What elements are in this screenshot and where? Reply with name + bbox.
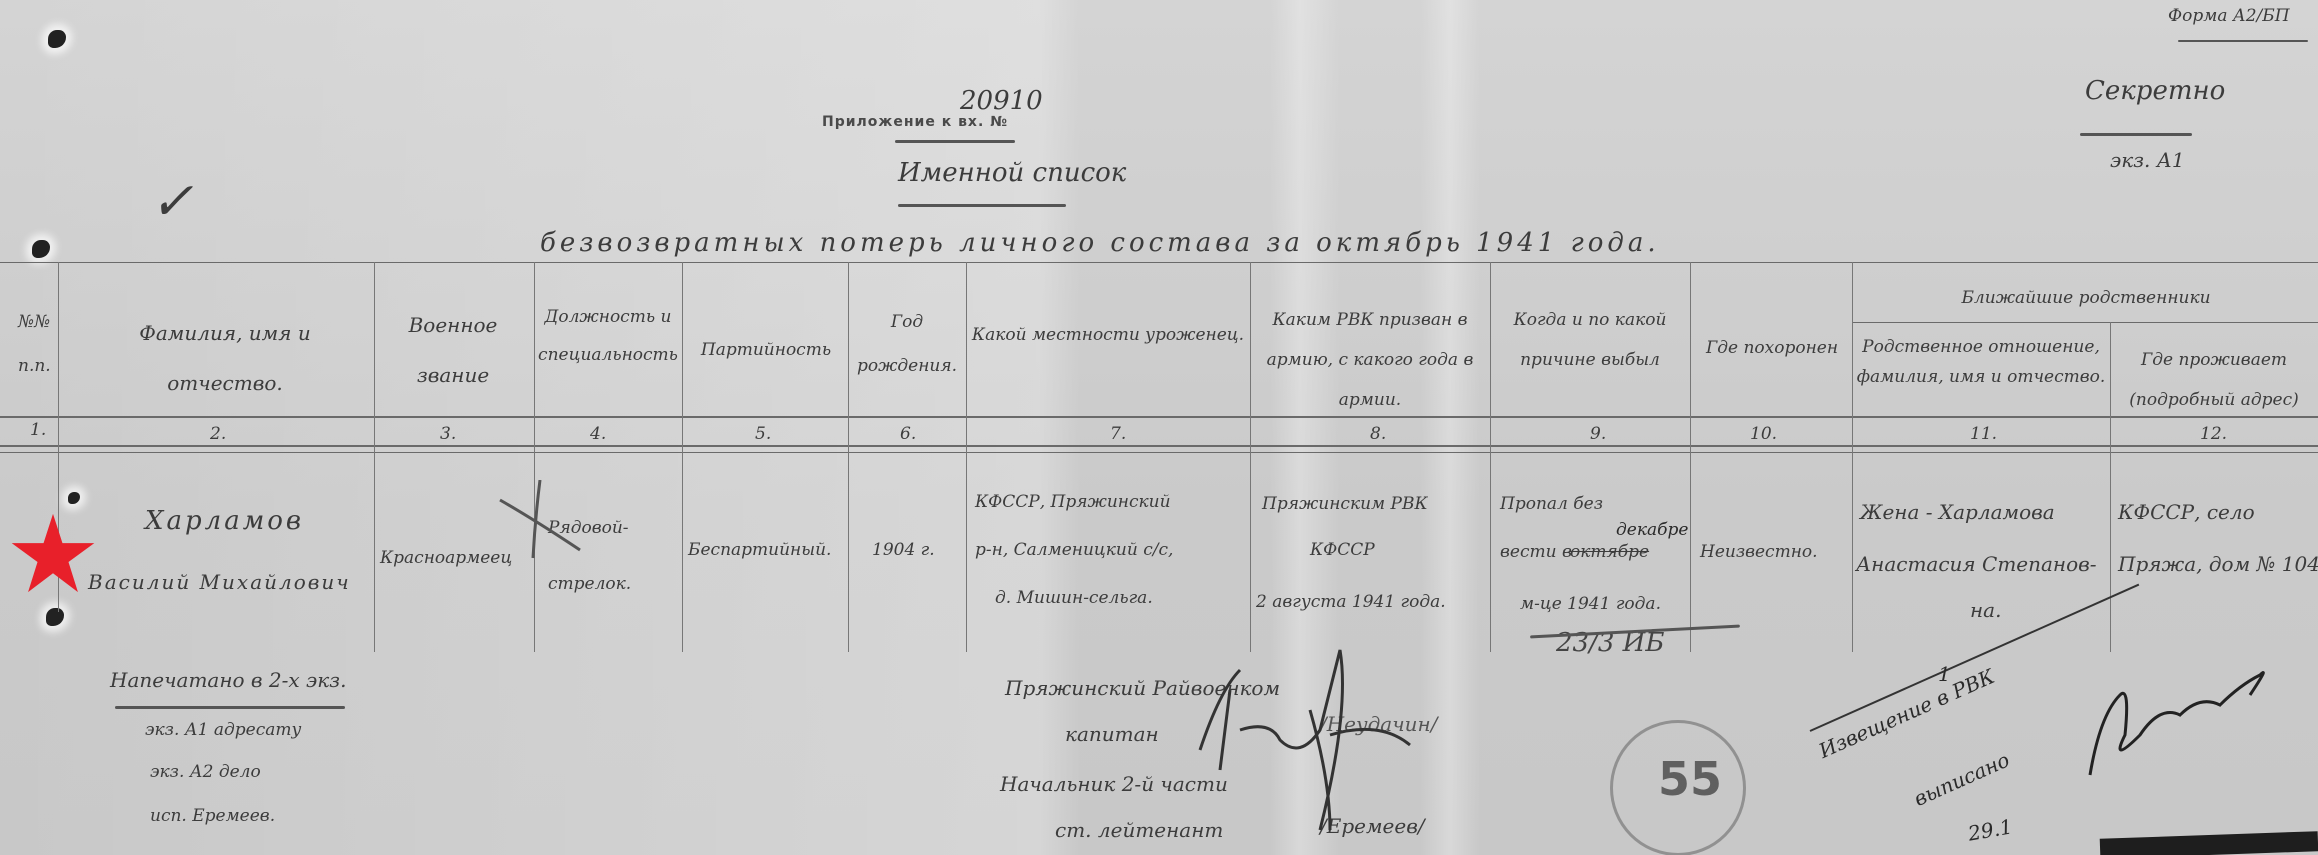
number-row-line xyxy=(0,445,2318,447)
side-mark: 1 xyxy=(1938,662,1951,686)
secret-label: Секретно xyxy=(2085,76,2225,106)
cell-address-line1: КФССР, село xyxy=(2118,500,2255,524)
cell-surname: Харламов xyxy=(145,506,304,536)
cell-relative-line2: Анастасия Степанов- xyxy=(1856,552,2097,576)
form-label-underline xyxy=(2178,40,2308,42)
secret-underline xyxy=(2080,133,2192,136)
col-header-9: Когда и по какой причине выбыл xyxy=(1494,300,1686,380)
number-row-line-2 xyxy=(0,452,2318,453)
col-header-8: Каким РВК призван в армию, с какого года… xyxy=(1254,300,1486,420)
col-header-10: Где похоронен xyxy=(1694,320,1850,376)
signature-scribble-icon xyxy=(2080,655,2280,785)
column-divider xyxy=(1490,262,1491,652)
form-label: Форма А2/БП xyxy=(2168,6,2290,26)
cross-mark-icon xyxy=(495,480,585,560)
column-divider xyxy=(2110,322,2111,652)
cell-birth-year: 1904 г. xyxy=(872,540,935,560)
document-subtitle: безвозвратных потерь личного состава за … xyxy=(540,228,1660,258)
cell-birthplace-line1: КФССР, Пряжинский xyxy=(975,492,1171,512)
cell-rvk-line3: 2 августа 1941 года. xyxy=(1256,592,1446,612)
red-star-icon xyxy=(10,512,96,594)
col-num-9: 9. xyxy=(1590,424,1606,444)
col-num-10: 10. xyxy=(1750,424,1777,444)
col-num-12: 12. xyxy=(2200,424,2227,444)
column-divider xyxy=(1690,262,1691,652)
header-bottom-line xyxy=(0,416,2318,418)
signature-scribble-icon xyxy=(1180,630,1440,840)
column-divider xyxy=(374,262,375,652)
col-num-5: 5. xyxy=(755,424,771,444)
cell-relative-line1: Жена - Харламова xyxy=(1860,500,2055,524)
col-header-2: Фамилия, имя и отчество. xyxy=(80,308,370,408)
incoming-number: 20910 xyxy=(960,86,1043,116)
col-header-5: Партийность xyxy=(686,340,846,360)
col-num-3: 3. xyxy=(440,424,456,444)
cell-birthplace-line2: р-н, Салменицкий с/с, xyxy=(975,540,1173,560)
note-heading: Напечатано в 2-х экз. xyxy=(110,668,346,692)
cell-rank: Красноармеец xyxy=(380,548,512,568)
checkmark-icon: ✓ xyxy=(150,172,194,232)
column-divider xyxy=(848,262,849,652)
cell-dropped-correction: декабре xyxy=(1616,520,1688,540)
cell-dropped-line2: вести в xyxy=(1500,542,1572,562)
col-num-2: 2. xyxy=(210,424,226,444)
column-divider xyxy=(966,262,967,652)
table-top-border xyxy=(0,262,2318,263)
cell-dropped-line3: м-це 1941 года. xyxy=(1520,594,1661,614)
cell-rvk-line2: КФССР xyxy=(1310,540,1375,560)
cell-relative-line3: на. xyxy=(1970,598,2001,622)
col-header-7: Какой местности уроженец. xyxy=(970,300,1246,370)
col-num-8: 8. xyxy=(1370,424,1386,444)
col-num-7: 7. xyxy=(1110,424,1126,444)
cell-address-line2: Пряжа, дом № 104 xyxy=(2118,552,2318,576)
title-underline xyxy=(898,204,1066,207)
cell-buried: Неизвестно. xyxy=(1700,542,1818,562)
column-divider xyxy=(682,262,683,652)
cell-birthplace-line3: д. Мишин-сельга. xyxy=(995,588,1153,608)
column-divider xyxy=(1852,262,1853,652)
note-underline xyxy=(115,706,345,709)
note-line-1: экз. А1 адресату xyxy=(145,720,301,740)
col-num-11: 11. xyxy=(1970,424,1997,444)
col-header-11: Родственное отношение, фамилия, имя и от… xyxy=(1856,332,2106,392)
group-header-line xyxy=(1852,322,2318,323)
cell-party: Беспартийный. xyxy=(688,540,831,560)
col-header-3: Военное звание xyxy=(378,300,528,400)
stamp-number: 55 xyxy=(1658,752,1722,806)
cell-name-patronymic: Василий Михайлович xyxy=(88,570,351,594)
col-header-12: Где проживает (подробный адрес) xyxy=(2114,340,2314,420)
note-line-3: исп. Еремеев. xyxy=(150,806,275,826)
column-divider xyxy=(1250,262,1251,652)
copy-label: экз. А1 xyxy=(2110,148,2185,172)
col-header-6: Год рождения. xyxy=(850,300,964,388)
col-num-4: 4. xyxy=(590,424,606,444)
signer-1-rank: капитан xyxy=(1065,722,1159,746)
group-header-relatives: Ближайшие родственники xyxy=(1856,288,2316,308)
cell-dropped-line1: Пропал без xyxy=(1500,494,1603,514)
col-header-4: Должность и специальность xyxy=(536,298,680,374)
note-line-2: экз. А2 дело xyxy=(150,762,261,782)
col-num-1: 1. xyxy=(30,420,46,440)
incoming-stamp: Приложение к вх. № xyxy=(822,114,1008,130)
column-divider xyxy=(534,262,535,652)
document-title: Именной список xyxy=(898,158,1126,188)
stamp-underline xyxy=(895,140,1015,143)
col-header-1: №№ п.п. xyxy=(18,300,54,388)
col-num-6: 6. xyxy=(900,424,916,444)
cell-dropped-struck: октябре xyxy=(1570,542,1649,562)
cell-rvk-line1: Пряжинским РВК xyxy=(1262,494,1428,514)
